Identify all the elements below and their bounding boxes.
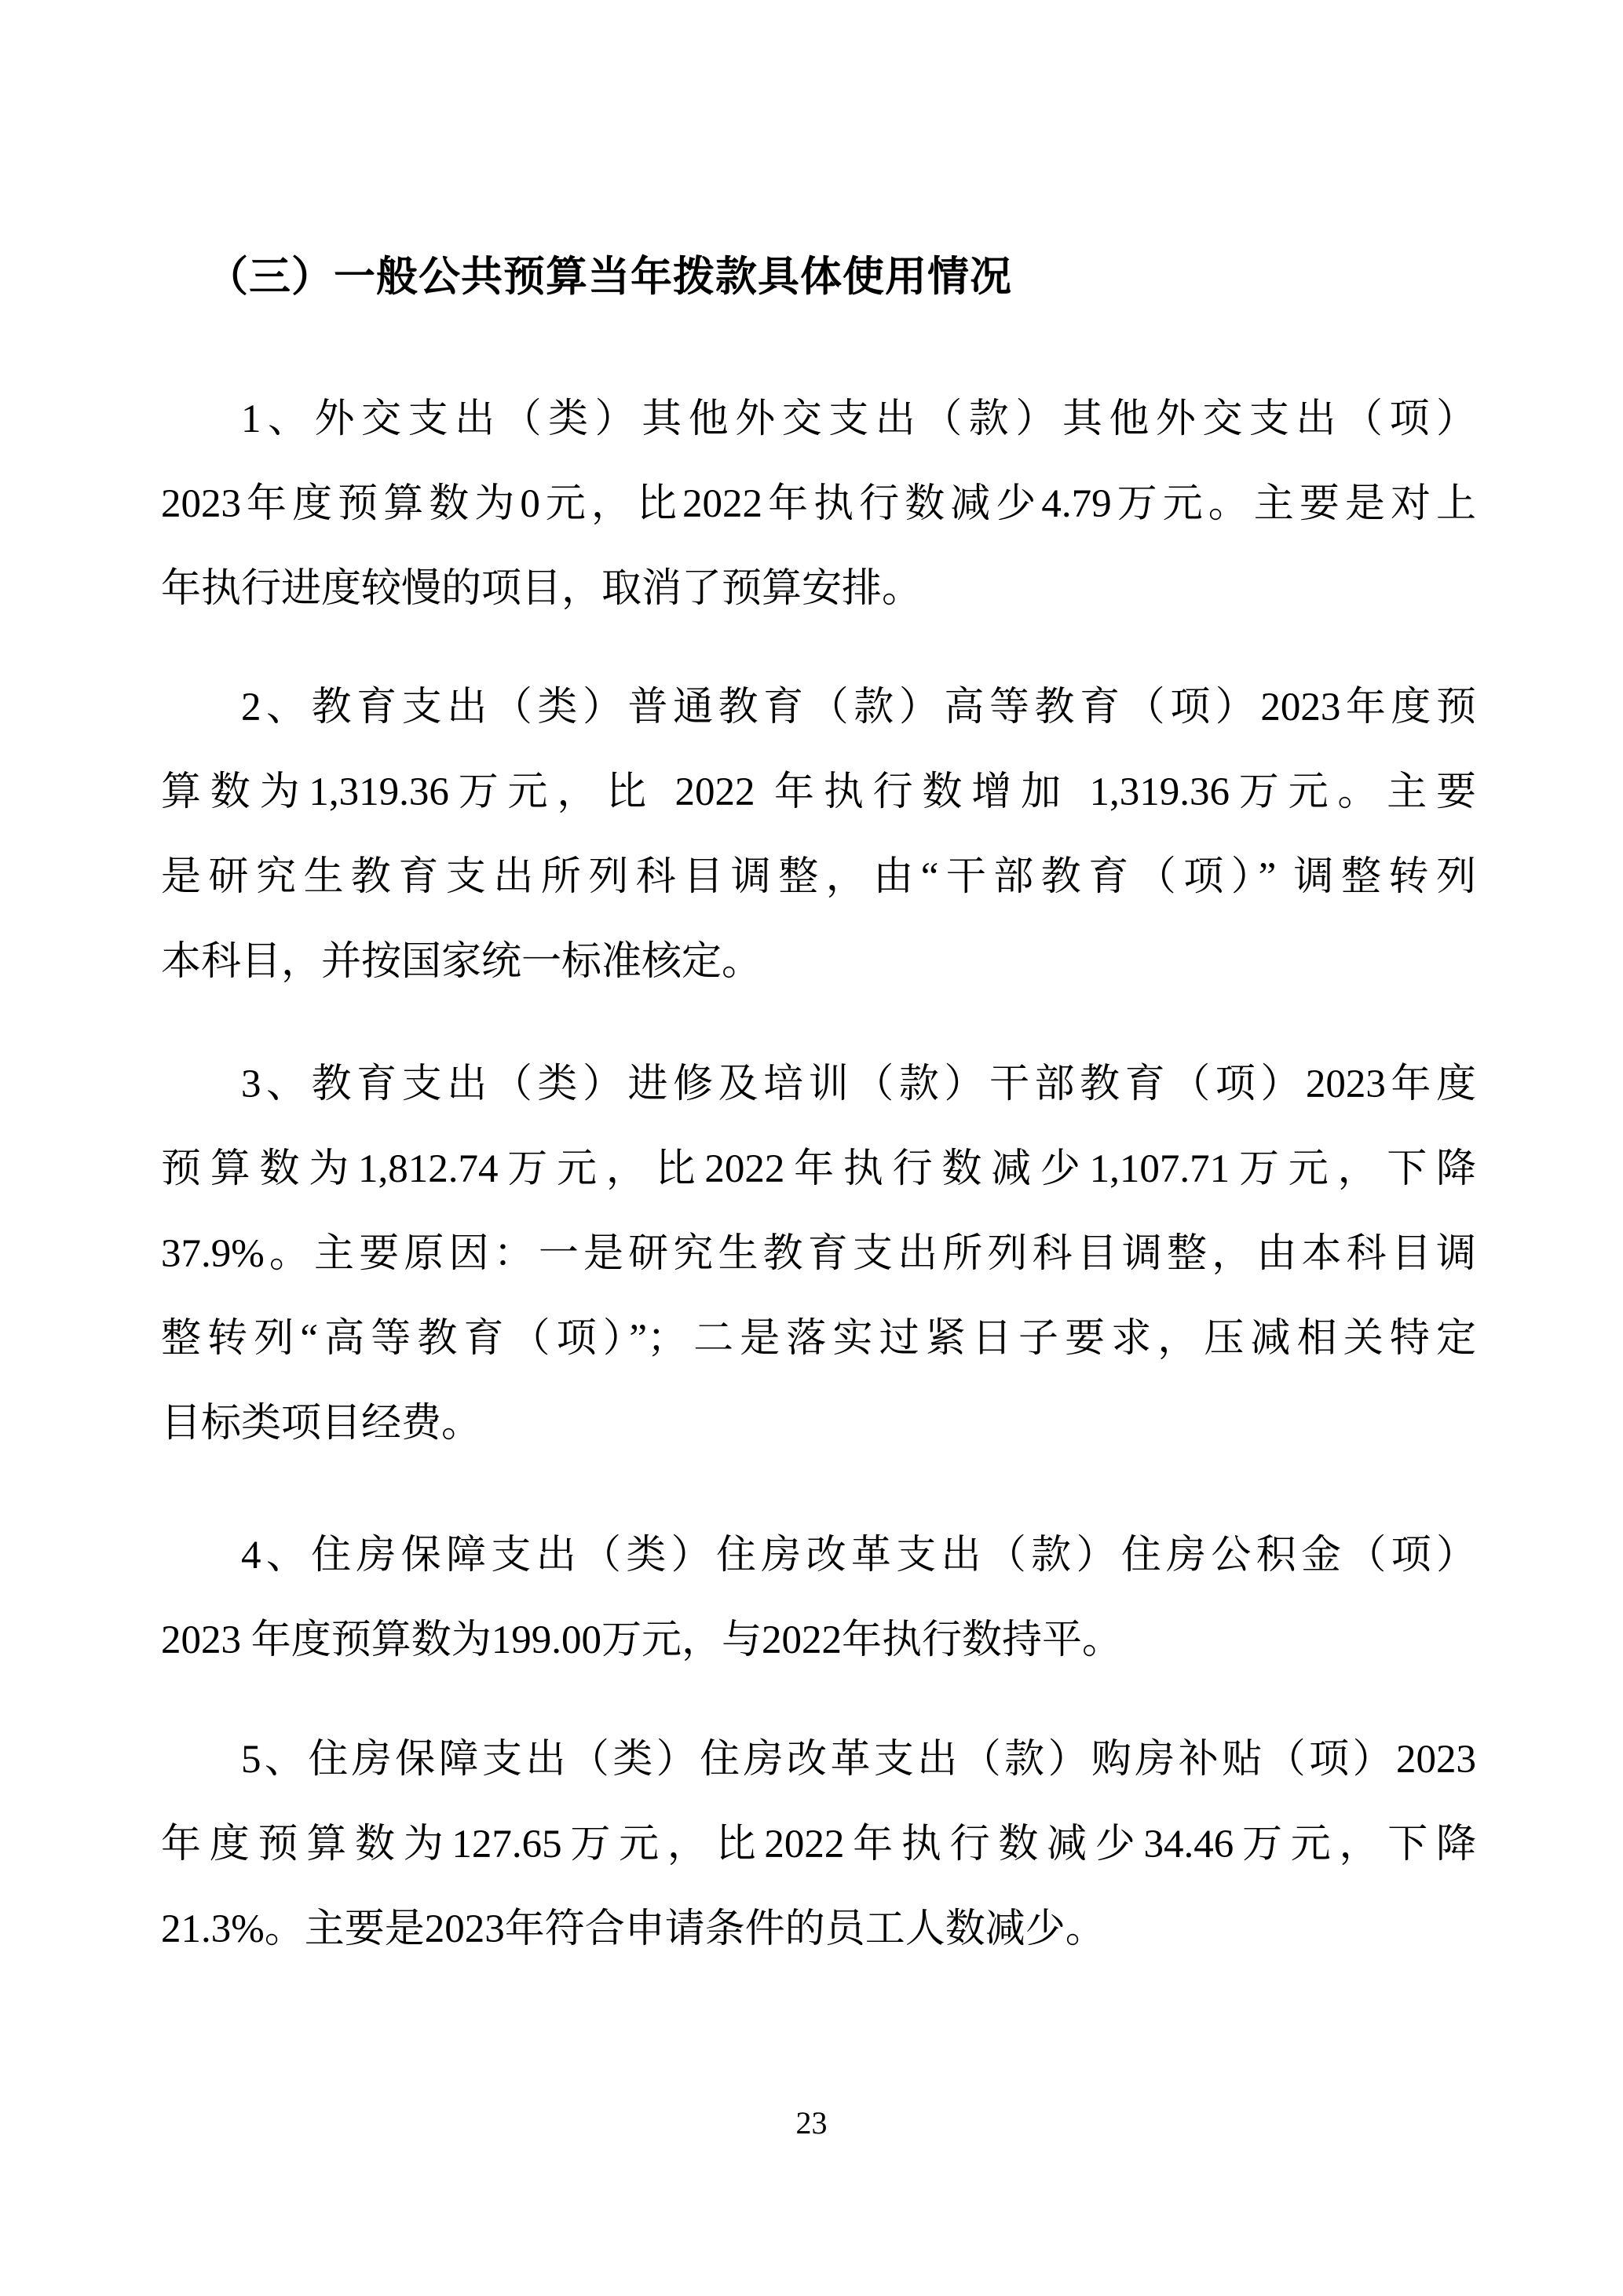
section-heading: （三）一般公共预算当年拨款具体使用情况 <box>161 236 1476 318</box>
text-line: 1、外交支出（类）其他外交支出（款）其他外交支出（项） <box>161 377 1476 462</box>
page-number: 23 <box>0 2104 1623 2142</box>
paragraph: 3、教育支出（类）进修及培训（款）干部教育（项）2023年度预算数为1,812.… <box>161 1042 1476 1466</box>
text-line: 年度预算数为127.65万元，比2022年执行数减少34.46万元，下降 <box>161 1802 1476 1887</box>
text-line: 2、教育支出（类）普通教育（款）高等教育（项）2023年度预 <box>161 665 1476 750</box>
text-line: 年执行进度较慢的项目，取消了预算安排。 <box>161 547 1476 631</box>
text-line: 4、住房保障支出（类）住房改革支出（款）住房公积金（项） <box>161 1513 1476 1598</box>
paragraph: 5、住房保障支出（类）住房改革支出（款）购房补贴（项）2023年度预算数为127… <box>161 1717 1476 1972</box>
text-line: 整转列“高等教育（项）”；二是落实过紧日子要求，压减相关特定 <box>161 1296 1476 1381</box>
text-line: 目标类项目经费。 <box>161 1381 1476 1466</box>
paragraph: 4、住房保障支出（类）住房改革支出（款）住房公积金（项）2023 年度预算数为1… <box>161 1513 1476 1683</box>
text-line: 37.9%。主要原因：一是研究生教育支出所列科目调整，由本科目调 <box>161 1212 1476 1296</box>
text-line: 2023年度预算数为0元，比2022年执行数减少4.79万元。主要是对上 <box>161 462 1476 547</box>
text-line: 本科目，并按国家统一标准核定。 <box>161 919 1476 1004</box>
document-page: （三）一般公共预算当年拨款具体使用情况 1、外交支出（类）其他外交支出（款）其他… <box>0 0 1623 2296</box>
paragraph: 2、教育支出（类）普通教育（款）高等教育（项）2023年度预算数为1,319.3… <box>161 665 1476 1004</box>
text-line: 是研究生教育支出所列科目调整，由“干部教育（项）” 调整转列 <box>161 835 1476 919</box>
text-line: 5、住房保障支出（类）住房改革支出（款）购房补贴（项）2023 <box>161 1717 1476 1802</box>
text-line: 算数为1,319.36万元，比 2022 年执行数增加 1,319.36万元。主… <box>161 750 1476 835</box>
text-line: 2023 年度预算数为199.00万元，与2022年执行数持平。 <box>161 1598 1476 1683</box>
text-line: 预算数为1,812.74万元，比2022年执行数减少1,107.71万元，下降 <box>161 1127 1476 1212</box>
text-line: 21.3%。主要是2023年符合申请条件的员工人数减少。 <box>161 1887 1476 1972</box>
text-line: 3、教育支出（类）进修及培训（款）干部教育（项）2023年度 <box>161 1042 1476 1127</box>
paragraph: 1、外交支出（类）其他外交支出（款）其他外交支出（项）2023年度预算数为0元，… <box>161 377 1476 631</box>
